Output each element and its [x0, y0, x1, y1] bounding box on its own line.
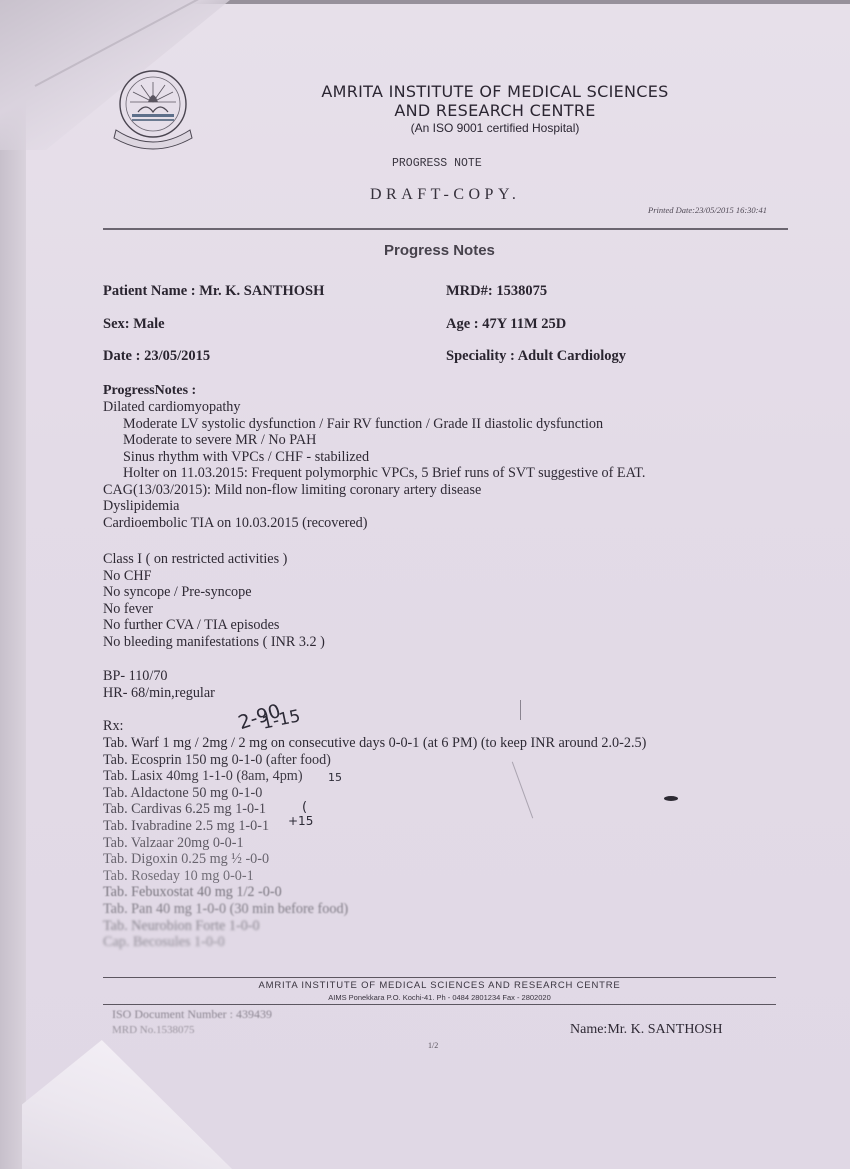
draft-label: DRAFT-COPY. — [370, 186, 520, 204]
prescription-item: Tab. Neurobion Forte 1-0-0 — [103, 918, 646, 935]
diagnosis-list: Dilated cardiomyopathyModerate LV systol… — [103, 399, 645, 531]
prescription-item: Tab. Roseday 10 mg 0-0-1 — [103, 868, 646, 885]
vital-item: HR- 68/min,regular — [103, 685, 215, 702]
patient-age: Age : 47Y 11M 25D — [446, 316, 566, 333]
prescription-item: Tab. Cardivas 6.25 mg 1-0-1 — [103, 801, 646, 818]
diagnosis-item: Moderate LV systolic dysfunction / Fair … — [103, 416, 645, 433]
diagnosis-item: Dilated cardiomyopathy — [103, 399, 645, 416]
institute-name: AMRITA INSTITUTE OF MEDICAL SCIENCES AND… — [305, 82, 685, 120]
status-item: No syncope / Pre-syncope — [103, 584, 325, 601]
iso-document-number: ISO Document Number : 439439 — [112, 1007, 272, 1022]
prescription-item: Tab. Febuxostat 40 mg 1/2 -0-0 — [103, 884, 646, 901]
footer-institute: AMRITA INSTITUTE OF MEDICAL SCIENCES AND… — [103, 980, 776, 991]
printed-date: Printed Date:23/05/2015 16:30:41 — [648, 205, 767, 215]
speciality: Speciality : Adult Cardiology — [446, 348, 626, 365]
clinical-status-list: Class I ( on restricted activities )No C… — [103, 551, 325, 650]
prescription-item: Tab. Warf 1 mg / 2mg / 2 mg on consecuti… — [103, 735, 646, 752]
diagnosis-item: CAG(13/03/2015): Mild non-flow limiting … — [103, 482, 645, 499]
prescription-item: Tab. Valzaar 20mg 0-0-1 — [103, 835, 646, 852]
diagnosis-item: Sinus rhythm with VPCs / CHF - stabilize… — [103, 449, 645, 466]
rx-heading: Rx: — [103, 718, 124, 735]
prescription-list: Tab. Warf 1 mg / 2mg / 2 mg on consecuti… — [103, 735, 646, 951]
prescription-item: Tab. Ecosprin 150 mg 0-1-0 (after food) — [103, 752, 646, 769]
progress-notes: ProgressNotes : Dilated cardiomyopathyMo… — [103, 382, 645, 531]
scan-mark — [520, 700, 521, 720]
status-item: Class I ( on restricted activities ) — [103, 551, 325, 568]
page-edge-shadow — [0, 90, 26, 1169]
patient-sex: Sex: Male — [103, 316, 165, 333]
patient-name: Patient Name : Mr. K. SANTHOSH — [103, 283, 324, 300]
footer-divider — [103, 977, 776, 978]
page-number: 1/2 — [428, 1041, 438, 1050]
prescription-item: Tab. Pan 40 mg 1-0-0 (30 min before food… — [103, 901, 646, 918]
ink-blot — [664, 796, 678, 801]
handwritten-mark: ( — [302, 800, 307, 815]
note-date: Date : 23/05/2015 — [103, 348, 210, 365]
status-item: No CHF — [103, 568, 325, 585]
footer-patient-name: Name:Mr. K. SANTHOSH — [570, 1022, 722, 1038]
handwritten-mark: +15 — [288, 814, 313, 828]
prescription-item: Tab. Digoxin 0.25 mg ½ -0-0 — [103, 851, 646, 868]
prescription-item: Cap. Becosules 1-0-0 — [103, 934, 646, 951]
mrd-number: MRD#: 1538075 — [446, 283, 547, 300]
footer-divider — [103, 1004, 776, 1005]
certification-text: (An ISO 9001 certified Hospital) — [305, 121, 685, 135]
progress-notes-heading: ProgressNotes : — [103, 382, 645, 399]
diagnosis-item: Dyslipidemia — [103, 498, 645, 515]
footer-mrd: MRD No.1538075 — [112, 1024, 195, 1036]
section-title: Progress Notes — [384, 242, 495, 259]
vital-item: BP- 110/70 — [103, 668, 215, 685]
prescription-item: Tab. Ivabradine 2.5 mg 1-0-1 — [103, 818, 646, 835]
status-item: No further CVA / TIA episodes — [103, 617, 325, 634]
diagnosis-item: Moderate to severe MR / No PAH — [103, 432, 645, 449]
header-divider — [103, 228, 788, 230]
form-name: PROGRESS NOTE — [392, 157, 482, 170]
vitals-list: BP- 110/70HR- 68/min,regular — [103, 668, 215, 701]
institute-name-line1: AMRITA INSTITUTE OF MEDICAL SCIENCES — [305, 82, 685, 101]
diagnosis-item: Cardioembolic TIA on 10.03.2015 (recover… — [103, 515, 645, 532]
prescription-item: Tab. Aldactone 50 mg 0-1-0 — [103, 785, 646, 802]
status-item: No fever — [103, 601, 325, 618]
footer-address: AIMS Ponekkara P.O. Kochi-41. Ph - 0484 … — [103, 993, 776, 1002]
status-item: No bleeding manifestations ( INR 3.2 ) — [103, 634, 325, 651]
institution-emblem-icon — [108, 62, 198, 152]
handwritten-mark: 15 — [328, 771, 342, 784]
institute-name-line2: AND RESEARCH CENTRE — [305, 101, 685, 120]
prescription-item: Tab. Lasix 40mg 1-1-0 (8am, 4pm) — [103, 768, 646, 785]
diagnosis-item: Holter on 11.03.2015: Frequent polymorph… — [103, 465, 645, 482]
